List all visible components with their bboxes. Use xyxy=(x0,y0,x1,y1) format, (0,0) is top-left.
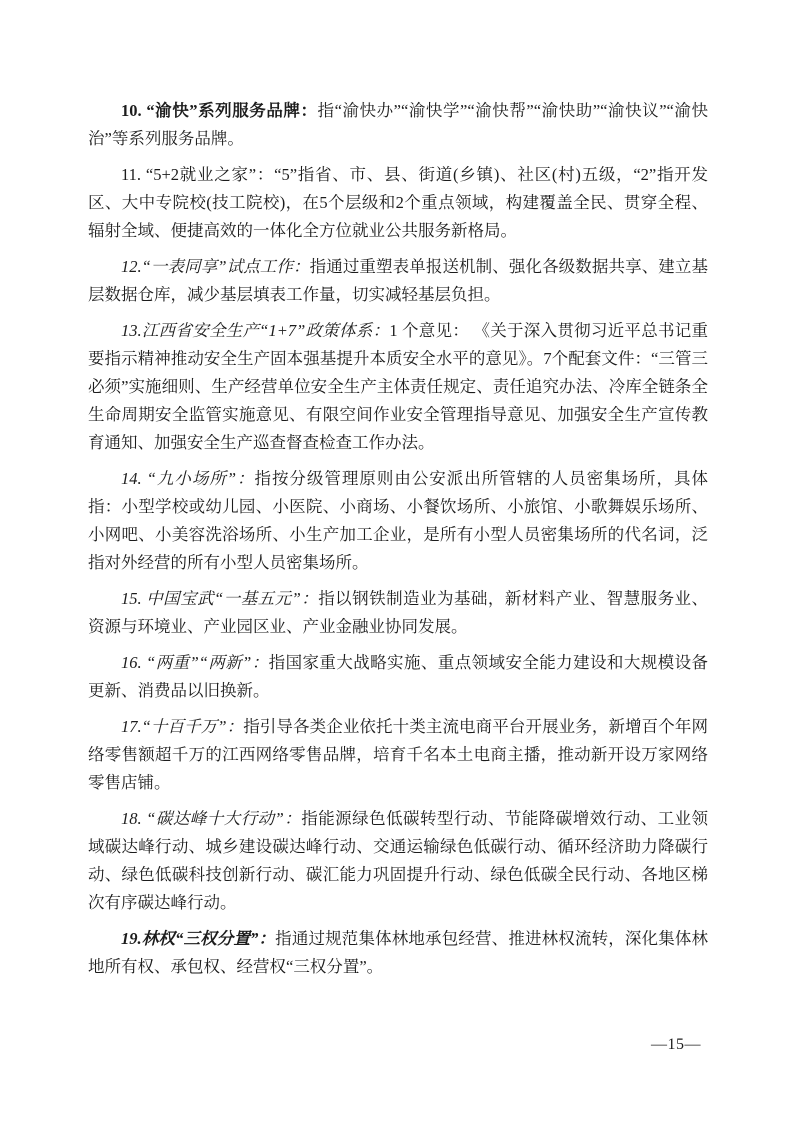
term-label: 12.“一表同享”试点工作： xyxy=(121,257,310,276)
term-label: 16. “两重”“两新”： xyxy=(121,653,269,672)
term-label: 14. “九小场所”： xyxy=(121,469,254,488)
term-label: 10. “渝快”系列服务品牌： xyxy=(121,101,318,120)
term-label: 13.江西省安全生产“1+7”政策体系： xyxy=(121,321,389,340)
document-page: 10. “渝快”系列服务品牌：指“渝快办”“渝快学”“渝快帮”“渝快助”“渝快议… xyxy=(0,0,793,1122)
definition-text: 1 个意见： 《关于深入贯彻习近平总书记重要指示精神推动安全生产固本强基提升本质… xyxy=(88,321,708,452)
definition-item: 14. “九小场所”：指按分级管理原则由公安派出所管辖的人员密集场所，具体指：小… xyxy=(88,465,708,577)
page-number: —15— xyxy=(651,1036,701,1054)
term-label: 17.“十百千万”： xyxy=(121,717,243,736)
term-label: 15. 中国宝武“一基五元”： xyxy=(121,589,318,608)
term-label: 18. “碳达峰十大行动”： xyxy=(121,809,301,828)
definition-item: 16. “两重”“两新”：指国家重大战略实施、重点领域安全能力建设和大规模设备更… xyxy=(88,649,708,705)
definition-item: 18. “碳达峰十大行动”：指能源绿色低碳转型行动、节能降碳增效行动、工业领域碳… xyxy=(88,805,708,917)
definition-item: 10. “渝快”系列服务品牌：指“渝快办”“渝快学”“渝快帮”“渝快助”“渝快议… xyxy=(88,97,708,153)
definition-item: 11. “5+2就业之家”：“5”指省、市、县、街道(乡镇)、社区(村)五级，“… xyxy=(88,161,708,245)
term-label: 19.林权“三权分置”： xyxy=(121,929,275,948)
definition-item: 15. 中国宝武“一基五元”：指以钢铁制造业为基础，新材料产业、智慧服务业、资源… xyxy=(88,585,708,641)
definition-item: 13.江西省安全生产“1+7”政策体系：1 个意见： 《关于深入贯彻习近平总书记… xyxy=(88,317,708,457)
definition-item: 19.林权“三权分置”：指通过规范集体林地承包经营、推进林权流转，深化集体林地所… xyxy=(88,925,708,981)
term-label: 11. “5+2就业之家”： xyxy=(121,165,274,184)
definition-item: 17.“十百千万”：指引导各类企业依托十类主流电商平台开展业务，新增百个年网络零… xyxy=(88,713,708,797)
definition-item: 12.“一表同享”试点工作：指通过重塑表单报送机制、强化各级数据共享、建立基层数… xyxy=(88,253,708,309)
